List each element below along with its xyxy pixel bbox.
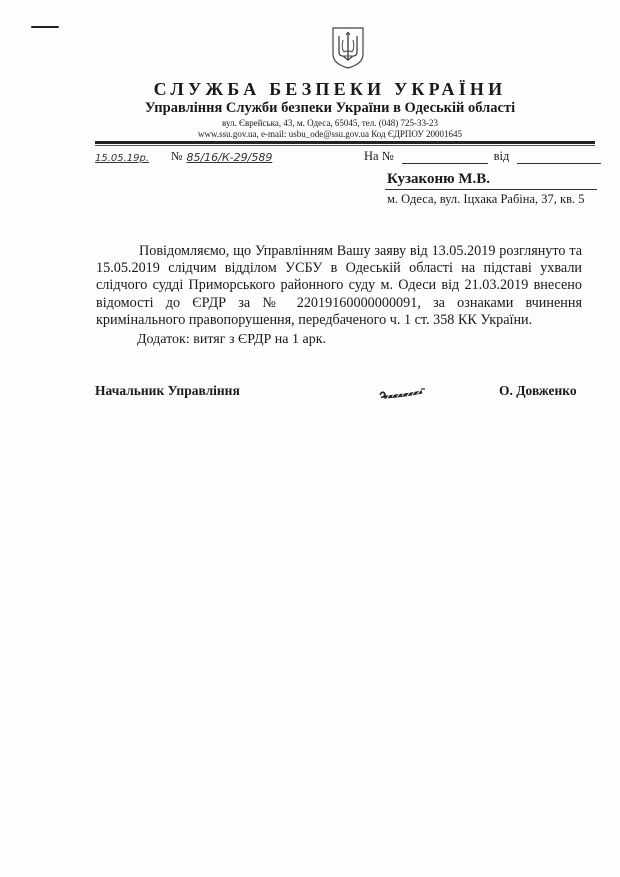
incoming-date-label: від: [494, 149, 510, 164]
organization-address: вул. Єврейська, 43, м. Одеса, 65045, тел…: [0, 118, 620, 128]
incoming-number-field: [402, 151, 488, 164]
signatory-name: О. Довженко: [499, 383, 577, 399]
recipient-divider: [385, 189, 597, 190]
outgoing-date: 15.05.19р.: [95, 153, 165, 164]
number-sign: №: [171, 149, 182, 164]
letter-page: СЛУЖБА БЕЗПЕКИ УКРАЇНИ Управління Служби…: [0, 0, 620, 877]
trident-coat-of-arms-icon: [330, 26, 366, 70]
corner-mark: [31, 26, 59, 28]
letter-body: Повідомляємо, що Управлінням Вашу заяву …: [96, 243, 582, 329]
incoming-registration: На № від: [364, 146, 601, 164]
outgoing-number: 85/16/К-29/589: [186, 151, 272, 164]
letterhead-divider: [95, 141, 595, 144]
organization-title: СЛУЖБА БЕЗПЕКИ УКРАЇНИ: [0, 79, 620, 100]
department-title: Управління Служби безпеки України в Одес…: [0, 100, 620, 117]
incoming-number-label: На №: [364, 149, 394, 164]
recipient-address: м. Одеса, вул. Іцхака Рабіна, 37, кв. 5: [387, 192, 585, 207]
signatory-position: Начальник Управління: [95, 383, 240, 399]
recipient-name: Кузаконю М.В.: [387, 171, 490, 188]
attachment-note: Додаток: витяг з ЄРДР на 1 арк.: [137, 332, 326, 348]
incoming-date-field: [517, 151, 601, 164]
handwritten-signature-icon: [376, 386, 432, 402]
outgoing-registration: 15.05.19р. № 85/16/К-29/589: [95, 146, 272, 164]
organization-contacts: www.ssu.gov.ua, e-mail: usbu_ode@ssu.gov…: [0, 129, 620, 139]
